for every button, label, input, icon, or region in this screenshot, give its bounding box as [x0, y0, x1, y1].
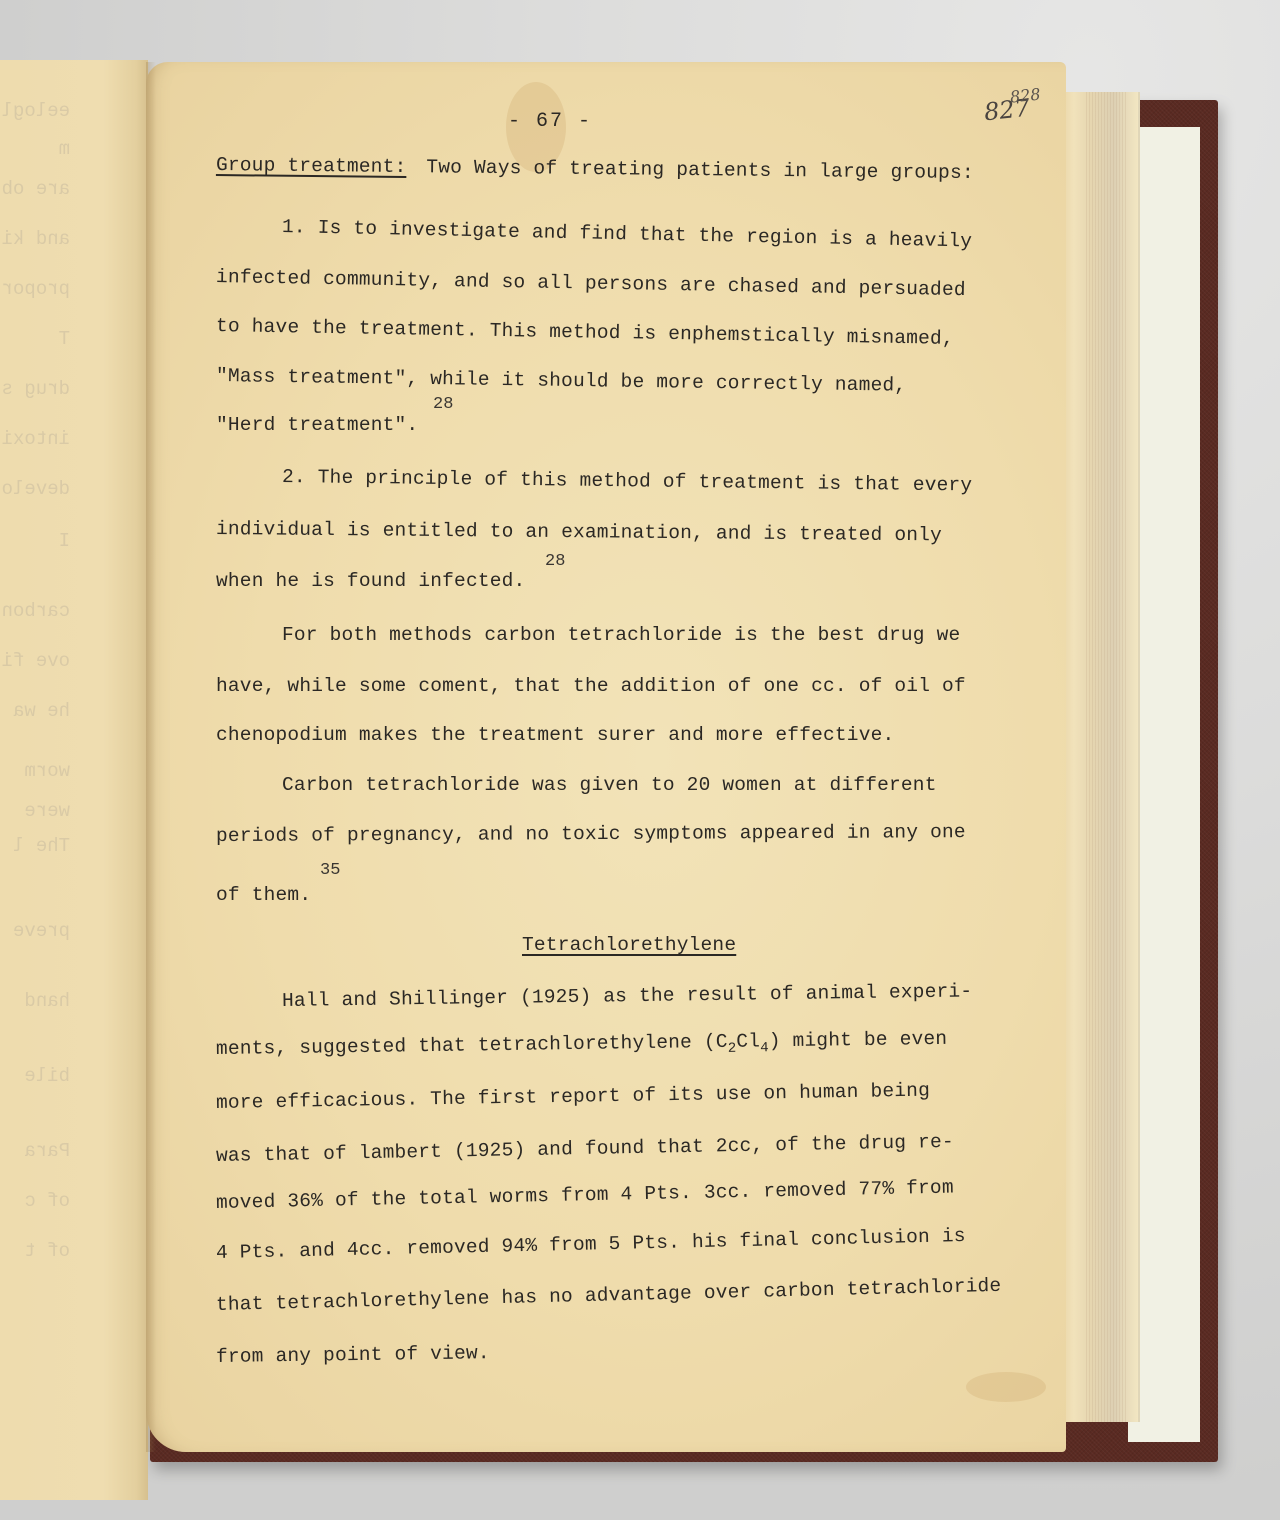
text-line: periods of pregnancy, and no toxic sympt… [216, 821, 966, 847]
reference-number: 35 [320, 861, 340, 880]
bleed-text: of t [0, 1240, 70, 1262]
subscript: 4 [760, 1040, 769, 1056]
bleed-text: intoxi [0, 428, 70, 450]
text-line: from any point of view. [216, 1342, 490, 1368]
handwritten-folio-correction: 828 [1009, 84, 1041, 106]
text-line: when he is found infected. [216, 570, 525, 592]
age-stain [966, 1372, 1046, 1402]
page-gutter [146, 62, 156, 1452]
text-line: chenopodium makes the treatment surer an… [216, 724, 894, 746]
bleed-text: hand [0, 990, 70, 1012]
section-heading-group-treatment: Group treatment: [216, 154, 407, 178]
text-line: have, while some coment, that the additi… [216, 675, 966, 697]
bleed-text: carbon [0, 600, 70, 622]
bleed-text: Para [0, 1140, 70, 1162]
bleed-text: he wa [0, 700, 70, 722]
text-line: Carbon tetrachloride was given to 20 wom… [282, 774, 937, 796]
text-fragment: Cl [736, 1030, 760, 1052]
bleed-text: of c [0, 1190, 70, 1212]
bleed-text: ove fi [0, 650, 70, 672]
bleed-text: drug s [0, 378, 70, 400]
section-heading-tetrachlorethylene: Tetrachlorethylene [522, 934, 736, 956]
bleed-text: propor [0, 278, 70, 300]
bleed-text: bile [0, 1065, 70, 1087]
text-line: For both methods carbon tetrachloride is… [282, 624, 960, 646]
bleed-text: T [0, 328, 70, 350]
reference-number: 28 [545, 552, 565, 571]
bleed-text: develo [0, 478, 70, 500]
bleed-text: are ob [0, 178, 70, 200]
bleed-text: The l [0, 835, 70, 857]
bleed-text: eelogl [0, 100, 70, 122]
bleed-text: I [0, 530, 70, 552]
bleed-text: were [0, 800, 70, 822]
text-line: "Herd treatment". [216, 414, 418, 436]
bleed-text: preve [0, 920, 70, 942]
bleed-text: worm [0, 760, 70, 782]
page-number: - 67 - [508, 110, 592, 133]
bleed-text: and ki [0, 228, 70, 250]
left-page: eelogl m are ob and ki propor T drug s i… [0, 60, 148, 1500]
page-stack [1058, 92, 1140, 1422]
text-fragment: ) might be even [769, 1028, 948, 1052]
text-line: of them. [216, 884, 311, 906]
bleed-text: m [0, 138, 70, 160]
reference-number: 28 [433, 395, 453, 414]
